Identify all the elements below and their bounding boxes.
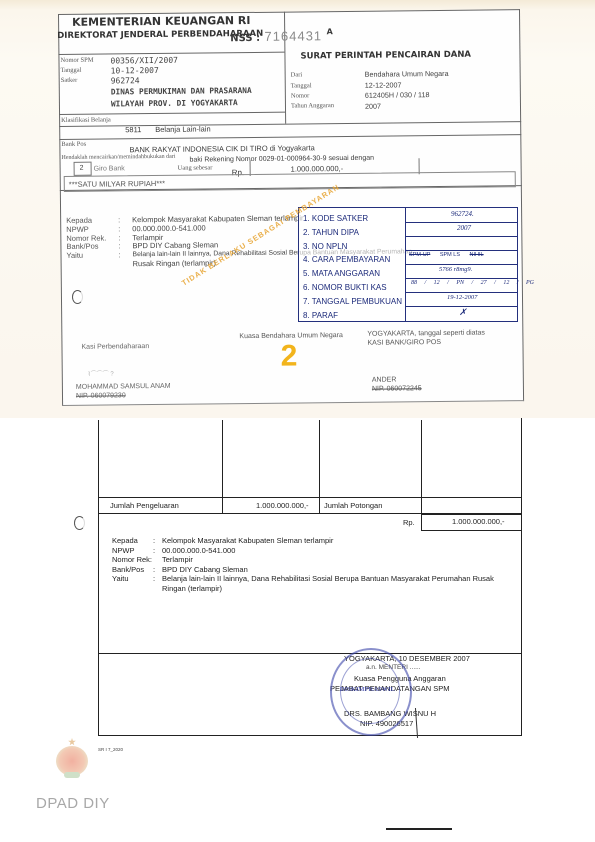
- verification-stamp: 1. KODE SATKER 2. TAHUN DIPA 3. NO NPLN …: [298, 207, 518, 322]
- form-code: SR I 7_2020: [98, 747, 123, 752]
- recip2-label-yaitu: Yaitu: [112, 574, 152, 584]
- spm-form: Jumlah Pengeluaran 1.000.000.000,- Jumla…: [98, 418, 522, 736]
- label-tanggal-right: Tanggal: [291, 82, 312, 89]
- ministry-title: KEMENTERIAN KEUANGAN RI: [72, 14, 250, 29]
- recipient2-values: Kelompok Masyarakat Kabupaten Sleman ter…: [162, 536, 494, 594]
- nss-value: 7164431: [264, 28, 322, 44]
- label-klasifikasi: Klasifikasi Belanja: [61, 116, 111, 124]
- sep: :: [153, 574, 155, 584]
- klasifikasi-desc: Belanja Lain-lain: [155, 124, 211, 134]
- nss-suffix: A: [326, 27, 332, 36]
- value-tahun-anggaran: 2007: [365, 102, 381, 111]
- bank-instruction: Hendaklah mencairkan/memindahbukukan dar…: [61, 154, 175, 161]
- kasi-perbendaharaan-title: Kasi Perbendaharaan: [81, 343, 149, 351]
- recip-label-yaitu: Yaitu: [66, 252, 106, 261]
- copies-box: 2: [74, 162, 92, 176]
- right-sign-nip: NIP. 060072245: [372, 385, 422, 393]
- stamp-label-no-npln: 3. NO NPLN: [303, 240, 402, 254]
- klasifikasi-code: 5811: [125, 125, 141, 134]
- stamp-kode-satker: 962724.: [451, 210, 474, 218]
- label-nomor: Nomor: [291, 92, 309, 99]
- cara-spm-up: SPM-UP: [409, 252, 430, 258]
- jumlah-pengeluaran-value: 1.000.000.000,-: [256, 501, 309, 510]
- stamp-label-tahun-dipa: 2. TAHUN DIPA: [303, 226, 402, 240]
- stamp-mata-anggaran: 5766 r8mg9.: [439, 266, 472, 273]
- cara-spm-ls: SPM LS: [440, 252, 460, 258]
- stamp-tahun-dipa: 2007: [457, 224, 471, 232]
- right-place-date: YOGYAKARTA, tanggal seperti diatas: [367, 330, 485, 338]
- hole-punch: [74, 516, 85, 530]
- recip2-label-rek: Nomor Rek:: [112, 555, 152, 565]
- stamp-label-cara-pembayaran: 4. CARA PEMBAYARAN: [303, 253, 402, 267]
- copies-value: 2: [80, 165, 84, 172]
- left-sign-name: MOHAMMAD SAMSUL ANAM: [76, 383, 171, 391]
- net-amount-value: 1.000.000.000,-: [452, 517, 505, 526]
- recip2-kepada: Kelompok Masyarakat Kabupaten Sleman ter…: [162, 536, 494, 546]
- recip2-yaitu: Belanja lain-lain II lainnya, Dana Rehab…: [162, 574, 494, 584]
- recipient2-colons: : : : :: [153, 536, 155, 584]
- label-bank-pos: Bank Pos: [61, 141, 86, 148]
- value-satker: 962724: [111, 76, 140, 85]
- label-tahun-anggaran: Tahun Anggaran: [291, 102, 334, 109]
- stamp-paraf: ✗: [459, 307, 467, 318]
- stamp-label-paraf: 8. PARAF: [303, 309, 402, 323]
- sep: :: [153, 536, 155, 546]
- stamp-cara-options: SPM-UP SPM LS NIHIL: [409, 252, 484, 258]
- copy-number: 2: [280, 340, 297, 374]
- recip2-rek: Terlampir: [162, 555, 494, 565]
- recipient2-labels: Kepada NPWP Nomor Rek: Bank/Pos Yaitu: [112, 536, 152, 584]
- recip2-bank: BPD DIY Cabang Sleman: [162, 565, 494, 575]
- payment-method: Giro Bank: [94, 165, 125, 172]
- label-nomor-spm: Nomor SPM: [60, 57, 93, 64]
- satker-name-1: DINAS PERMUKIMAN DAN PRASARANA: [111, 86, 252, 96]
- label-dari: Dari: [291, 71, 303, 78]
- recip2-label-npwp: NPWP: [112, 546, 152, 556]
- sep: :: [153, 565, 155, 575]
- stamp-label-nomor-bukti-kas: 6. NOMOR BUKTI KAS: [303, 281, 402, 295]
- page-marker: [386, 828, 452, 830]
- dpad-logo-icon: [54, 738, 90, 782]
- seal-text: DISKIMPRASWIL: [340, 686, 395, 693]
- amount-words: ***SATU MILYAR RUPIAH***: [69, 179, 165, 189]
- stamp-nomor-bukti-kas: 88 / 12 / PN / 27 / 12 / PG: [411, 280, 534, 286]
- doc-title: SURAT PERINTAH PENCAIRAN DANA: [300, 50, 471, 62]
- value-dari: Bendahara Umum Negara: [365, 69, 449, 79]
- recipient-labels: Kepada NPWP Nomor Rek. Bank/Pos Yaitu: [66, 217, 106, 261]
- left-sign-nip: NIP. 060079230: [76, 392, 126, 400]
- cara-nihil: NIHIL: [470, 252, 484, 258]
- amount-words-box: ***SATU MILYAR RUPIAH***: [64, 171, 516, 192]
- right-title: KASI BANK/GIRO POS: [367, 339, 441, 347]
- net-rp-label: Rp.: [403, 518, 415, 527]
- bank-name: BANK RAKYAT INDONESIA CIK DI TIRO di Yog…: [129, 143, 314, 154]
- value-nomor-spm: 00356/XII/2007: [110, 56, 178, 66]
- stamp-label-kode-satker: 1. KODE SATKER: [303, 212, 402, 226]
- label-tanggal: Tanggal: [61, 67, 82, 74]
- right-sign-name: ANDER: [372, 376, 397, 383]
- recip2-label-bank: Bank/Pos: [112, 565, 152, 575]
- nss-block: NSS : 7164431 A: [230, 27, 333, 46]
- left-signature: ⌇⌒⌒⌒ ?: [88, 368, 114, 377]
- recipient-colons: :::::: [118, 216, 121, 260]
- dpad-watermark: DPAD DIY: [36, 795, 110, 812]
- recip2-npwp: 00.000.000.0-541.000: [162, 546, 494, 556]
- value-nomor: 612405H / 030 / 118: [365, 90, 430, 100]
- official-seal: DISKIMPRASWIL: [330, 648, 412, 736]
- hole-punch: [72, 290, 83, 304]
- stamp-label-mata-anggaran: 5. MATA ANGGARAN: [303, 267, 402, 281]
- jumlah-pengeluaran-label: Jumlah Pengeluaran: [110, 501, 179, 510]
- nss-label: NSS :: [230, 33, 260, 44]
- recip2-yaitu-cont: Ringan (terlampir): [162, 584, 494, 594]
- recip2-label-kepada: Kepada: [112, 536, 152, 546]
- label-uang-sebesar: Uang sebesar: [178, 164, 213, 171]
- sep: :: [153, 546, 155, 556]
- jumlah-potongan-label: Jumlah Potongan: [324, 501, 382, 510]
- stamp-label-tanggal-pembukuan: 7. TANGGAL PEMBUKUAN: [303, 295, 402, 309]
- value-tanggal-right: 12-12-2007: [365, 80, 402, 89]
- stamp-labels: 1. KODE SATKER 2. TAHUN DIPA 3. NO NPLN …: [303, 212, 402, 322]
- label-satker: Satker: [61, 77, 78, 84]
- satker-name-2: WILAYAH PROV. DI YOGYAKARTA: [111, 98, 238, 108]
- value-tanggal: 10-12-2007: [111, 66, 159, 76]
- stamp-tanggal-pembukuan: 19-12-2007: [447, 294, 477, 301]
